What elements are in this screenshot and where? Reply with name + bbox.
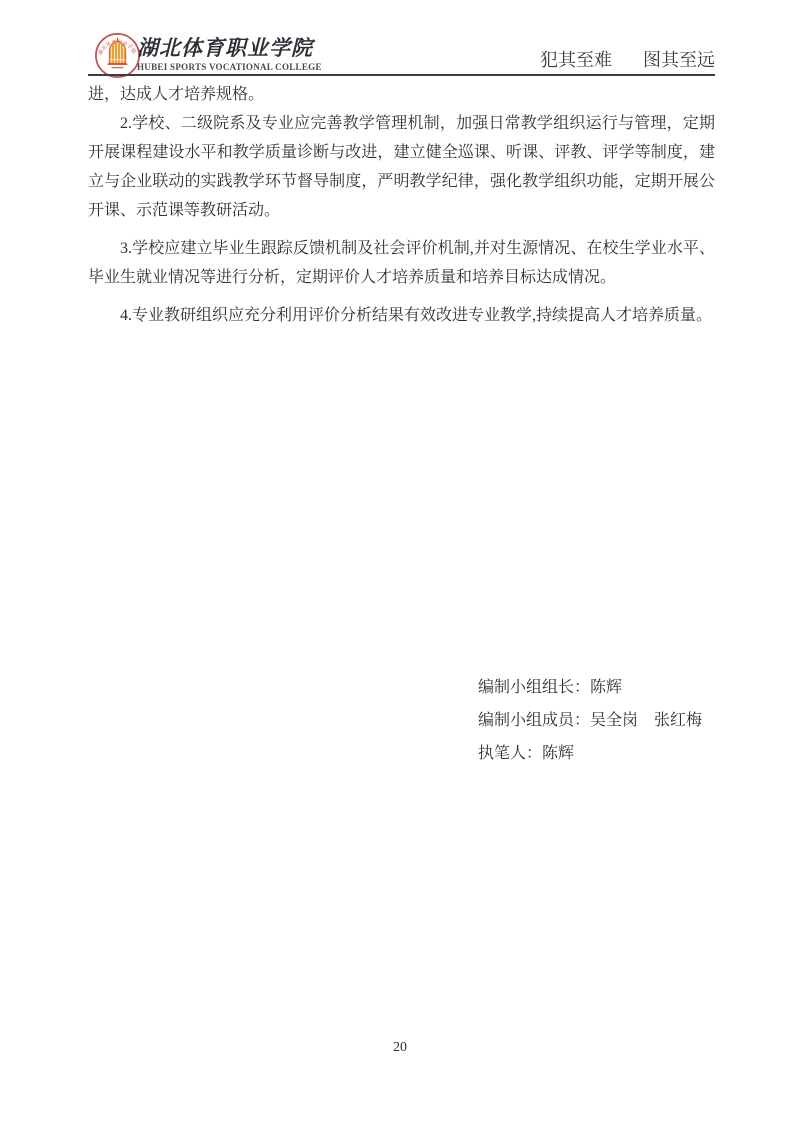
body-paragraph-continuation: 进，达成人才培养规格。 <box>88 80 715 109</box>
seal-emblem-base <box>108 64 128 65</box>
school-name-calligraphy: 湖北体育职业学院 <box>137 35 322 61</box>
school-name-block: 湖北体育职业学院 HUBEI SPORTS VOCATIONAL COLLEGE <box>137 35 322 72</box>
signature-block: 编制小组组长：陈辉 编制小组成员：吴全岗 张红梅 执笔人：陈辉 <box>478 671 702 770</box>
signature-line-group-leader: 编制小组组长：陈辉 <box>478 671 702 704</box>
signature-line-writer: 执笔人：陈辉 <box>478 737 702 770</box>
motto-phrase-right: 图其至远 <box>643 50 715 70</box>
document-body: 进，达成人才培养规格。 2.学校、二级院系及专业应完善教学管理机制，加强日常教学… <box>88 80 715 330</box>
page-number: 20 <box>0 1040 800 1056</box>
seal-bottom-text <box>112 67 124 68</box>
school-motto: 犯其至难 图其至远 <box>540 50 715 70</box>
body-paragraph-4: 4.专业教研组织应充分利用评价分析结果有效改进专业教学,持续提高人才培养质量。 <box>88 301 715 330</box>
header-rule <box>88 74 715 76</box>
motto-phrase-left: 犯其至难 <box>540 50 612 70</box>
signature-line-group-members: 编制小组成员：吴全岗 张红梅 <box>478 704 702 737</box>
document-page: 湖北体育职业学院 湖北体育职业学院 HUBEI SPORTS VOCATIONA… <box>0 0 800 1131</box>
body-paragraph-2: 2.学校、二级院系及专业应完善教学管理机制，加强日常教学组织运行与管理，定期开展… <box>88 109 715 225</box>
school-name-english: HUBEI SPORTS VOCATIONAL COLLEGE <box>137 62 322 72</box>
school-seal-logo: 湖北体育职业学院 <box>94 32 141 79</box>
body-paragraph-3: 3.学校应建立毕业生跟踪反馈机制及社会评价机制,并对生源情况、在校生学业水平、毕… <box>88 234 715 292</box>
